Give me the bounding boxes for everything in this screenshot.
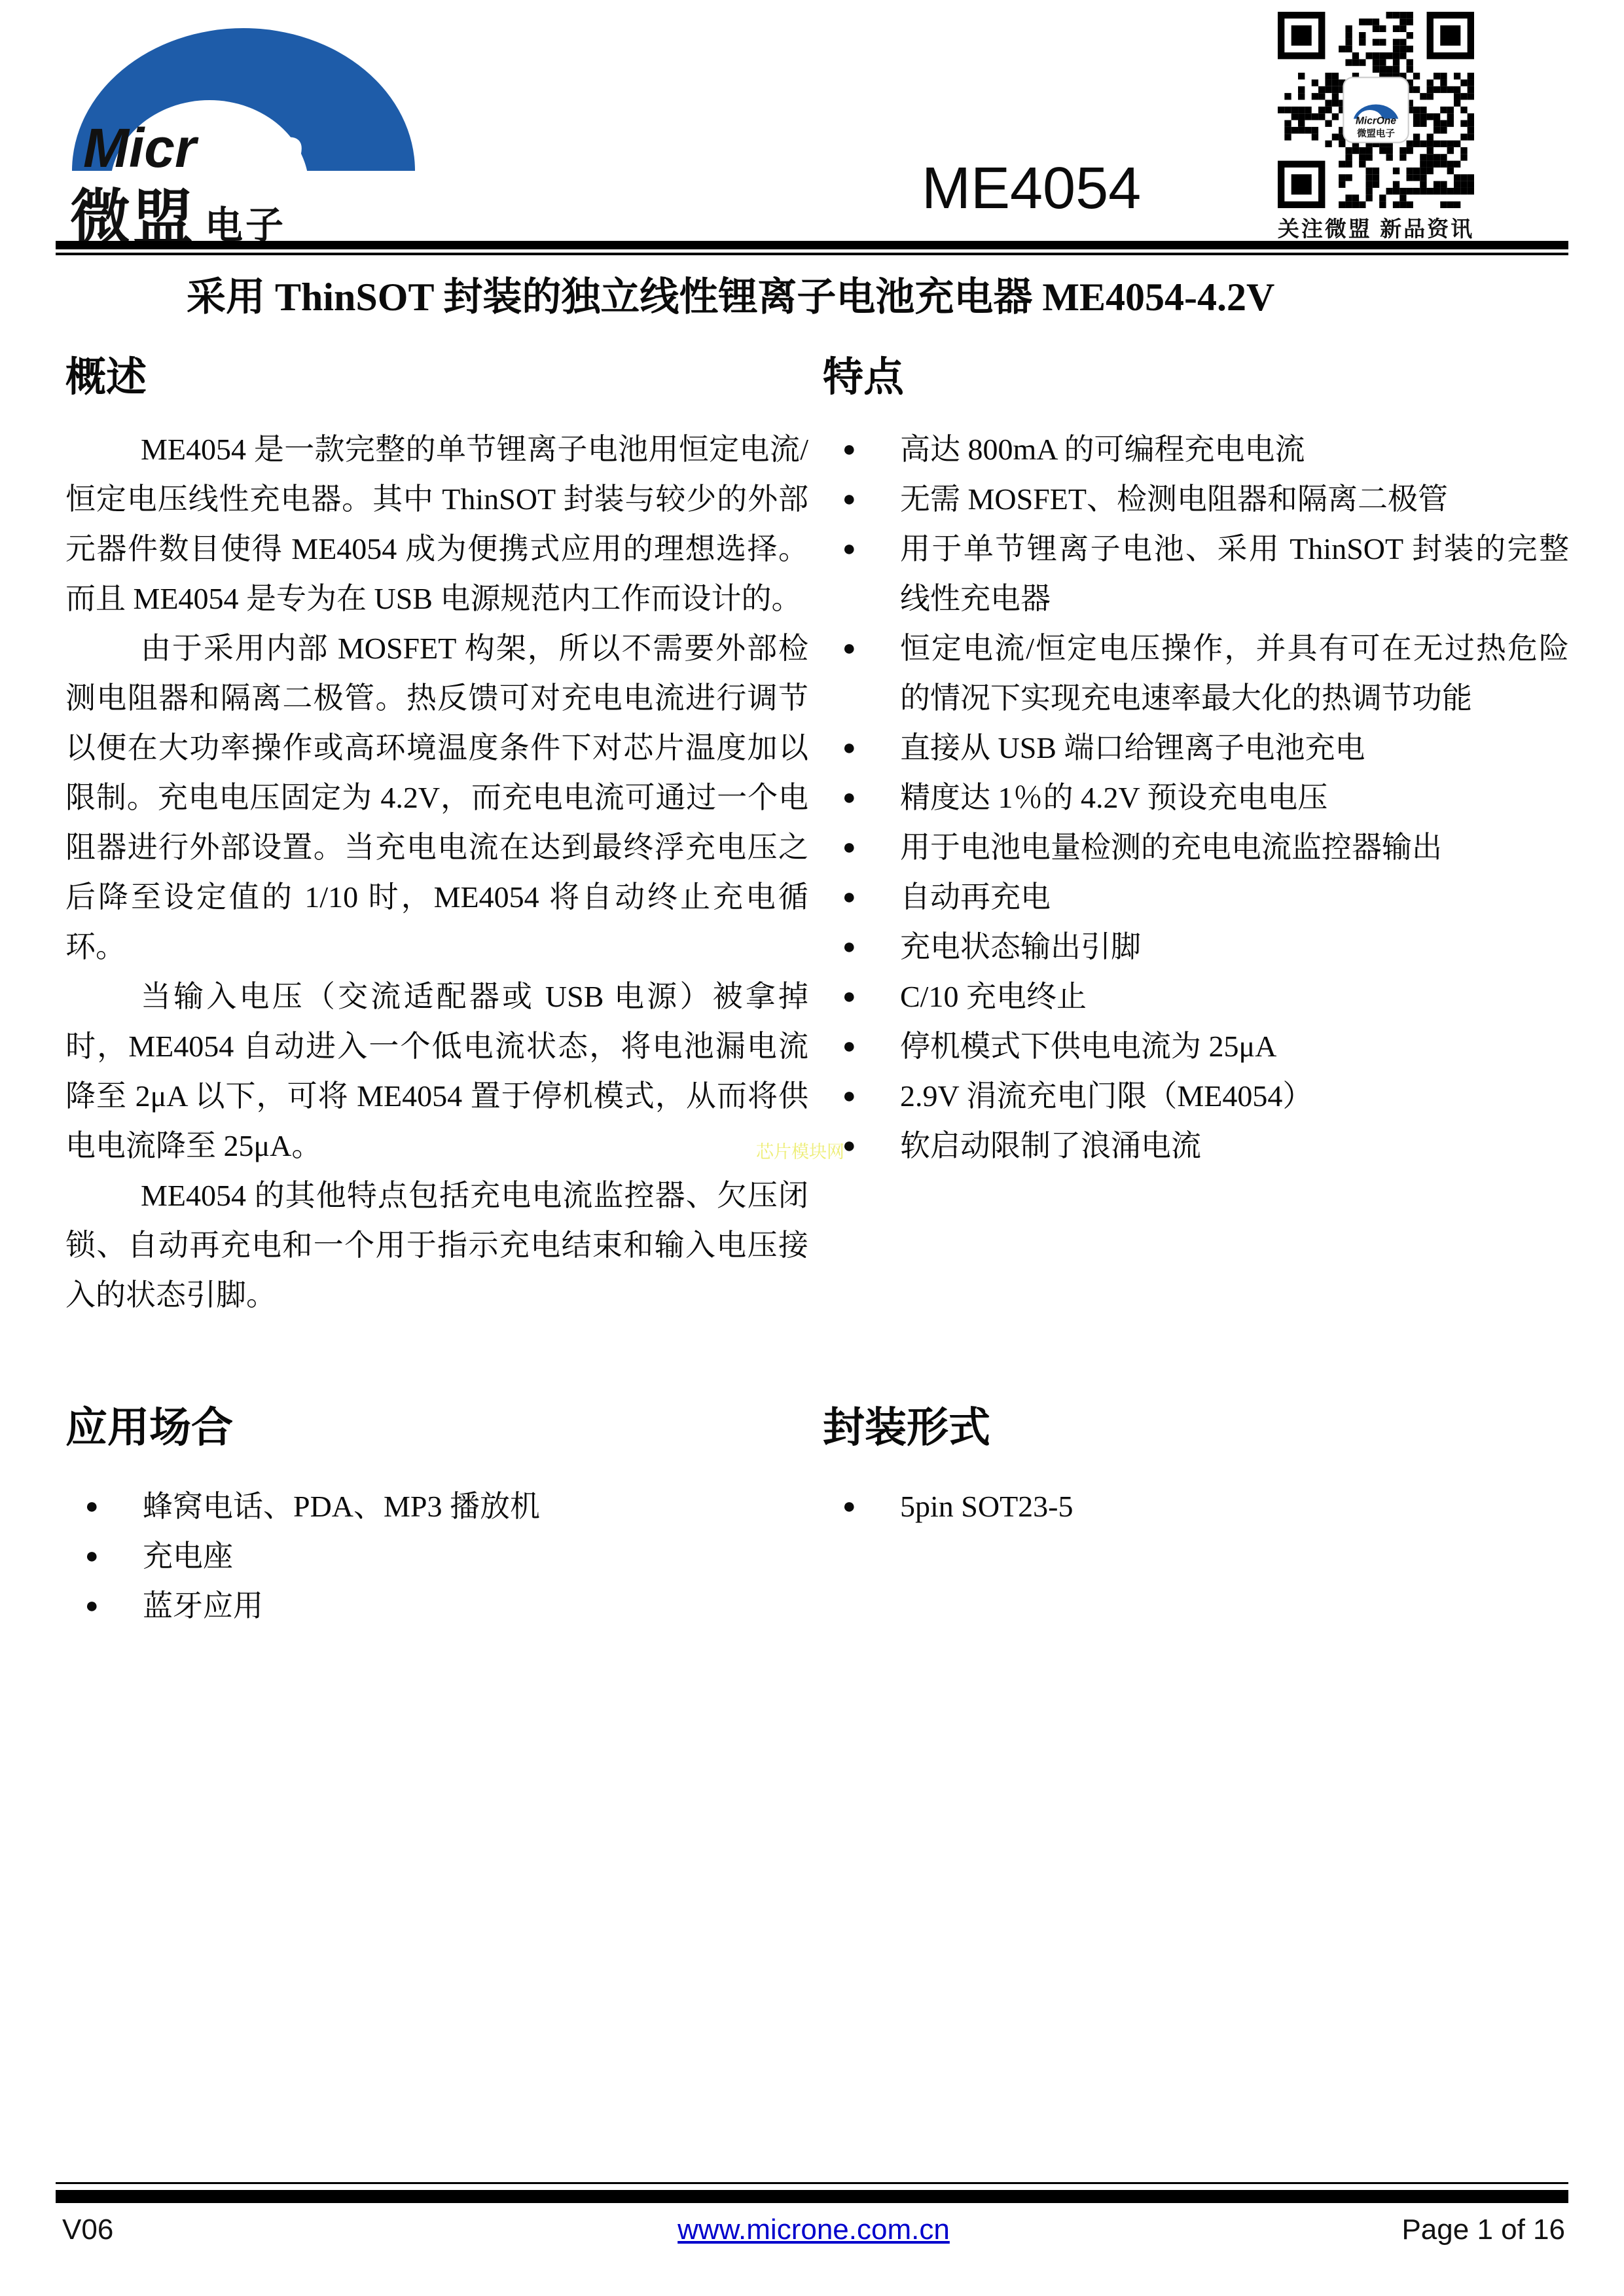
feature-item: ●充电状态输出引脚 — [823, 922, 1569, 972]
bullet-icon: ● — [823, 1071, 900, 1121]
feature-item: ●用于电池电量检测的充电电流监控器输出 — [823, 823, 1569, 872]
header-rule-thick — [56, 241, 1568, 249]
overview-heading: 概述 — [65, 357, 808, 399]
bullet-icon: ● — [823, 823, 900, 872]
qr-code: MicrOne微盟电子 — [1278, 12, 1474, 208]
application-item: ●蜂窝电话、PDA、MP3 播放机 — [65, 1482, 808, 1532]
bullet-icon: ● — [823, 475, 900, 524]
features-list: ●高达 800mA 的可编程充电电流 ●无需 MOSFET、检测电阻器和隔离二极… — [823, 425, 1569, 1171]
bullet-icon: ● — [65, 1532, 143, 1581]
feature-item: ●软启动限制了浪涌电流 — [823, 1121, 1569, 1171]
features-section: 特点 ●高达 800mA 的可编程充电电流 ●无需 MOSFET、检测电阻器和隔… — [823, 357, 1569, 1320]
logo-text-micr: Micr — [83, 117, 199, 173]
bullet-icon: ● — [823, 922, 900, 972]
feature-item: ●高达 800mA 的可编程充电电流 — [823, 425, 1569, 475]
bullet-icon: ● — [823, 524, 900, 624]
bullet-icon: ● — [823, 872, 900, 922]
bullet-icon: ● — [823, 624, 900, 723]
bullet-icon: ● — [823, 773, 900, 823]
logo-text-one: One — [196, 117, 303, 173]
bullet-icon: ● — [823, 425, 900, 475]
bullet-icon: ● — [65, 1482, 143, 1532]
application-item: ●蓝牙应用 — [65, 1581, 808, 1631]
bullet-icon: ● — [823, 723, 900, 773]
application-item: ●充电座 — [65, 1532, 808, 1581]
datasheet-page: MicrOne 微盟 电子 ME4054 MicrOne微盟电子 关注微盟 新品… — [0, 0, 1624, 2296]
feature-item: ●用于单节锂离子电池、采用 ThinSOT 封装的完整线性充电器 — [823, 524, 1569, 624]
lower-columns: 应用场合 ●蜂窝电话、PDA、MP3 播放机 ●充电座 ●蓝牙应用 封装形式 ●… — [65, 1407, 1574, 1631]
upper-columns: 概述 ME4054 是一款完整的单节锂离子电池用恒定电流/恒定电压线性充电器。其… — [65, 357, 1574, 1320]
overview-paragraph: ME4054 是一款完整的单节锂离子电池用恒定电流/恒定电压线性充电器。其中 T… — [65, 425, 808, 624]
features-heading: 特点 — [823, 357, 1569, 399]
feature-item: ●无需 MOSFET、检测电阻器和隔离二极管 — [823, 475, 1569, 524]
part-number-title: ME4054 — [922, 159, 1141, 218]
company-logo: MicrOne 微盟 电子 — [62, 16, 429, 236]
feature-item: ●C/10 充电终止 — [823, 972, 1569, 1022]
bullet-icon: ● — [823, 1482, 900, 1532]
svg-text:MicrOne: MicrOne — [83, 117, 303, 173]
package-heading: 封装形式 — [823, 1407, 1569, 1449]
overview-section: 概述 ME4054 是一款完整的单节锂离子电池用恒定电流/恒定电压线性充电器。其… — [65, 357, 808, 1320]
overview-body: ME4054 是一款完整的单节锂离子电池用恒定电流/恒定电压线性充电器。其中 T… — [65, 425, 808, 1320]
svg-text:MicrOne: MicrOne — [1356, 116, 1396, 127]
footer-page-number: Page 1 of 16 — [1290, 2214, 1565, 2246]
feature-item: ●直接从 USB 端口给锂离子电池充电 — [823, 723, 1569, 773]
footer-website-link[interactable]: www.microne.com.cn — [677, 2214, 950, 2246]
logo-arch-graphic: MicrOne — [62, 16, 429, 173]
overview-paragraph: 当输入电压（交流适配器或 USB 电源）被拿掉时，ME4054 自动进入一个低电… — [65, 972, 808, 1171]
applications-list: ●蜂窝电话、PDA、MP3 播放机 ●充电座 ●蓝牙应用 — [65, 1482, 808, 1631]
applications-heading: 应用场合 — [65, 1407, 808, 1449]
feature-item: ●精度达 1％的 4.2V 预设充电电压 — [823, 773, 1569, 823]
applications-section: 应用场合 ●蜂窝电话、PDA、MP3 播放机 ●充电座 ●蓝牙应用 — [65, 1407, 808, 1631]
feature-item: ●自动再充电 — [823, 872, 1569, 922]
feature-item: ●停机模式下供电电流为 25μA — [823, 1022, 1569, 1071]
document-title: 采用 ThinSOT 封装的独立线性锂离子电池充电器 ME4054-4.2V — [65, 274, 1571, 321]
package-section: 封装形式 ●5pin SOT23-5 — [823, 1407, 1569, 1631]
overview-paragraph: 由于采用内部 MOSFET 构架，所以不需要外部检测电阻器和隔离二极管。热反馈可… — [65, 624, 808, 972]
bullet-icon: ● — [823, 1022, 900, 1071]
bullet-icon: ● — [823, 972, 900, 1022]
footer: V06 www.microne.com.cn Page 1 of 16 — [62, 2214, 1565, 2246]
feature-item: ●恒定电流/恒定电压操作，并具有可在无过热危险的情况下实现充电速率最大化的热调节… — [823, 624, 1569, 723]
footer-rule-thin — [56, 2182, 1568, 2184]
package-item: ●5pin SOT23-5 — [823, 1482, 1569, 1532]
overview-paragraph: ME4054 的其他特点包括充电电流监控器、欠压闭锁、自动再充电和一个用于指示充… — [65, 1171, 808, 1320]
footer-rule-thick — [56, 2190, 1568, 2203]
qr-caption: 关注微盟 新品资讯 — [1258, 212, 1494, 243]
package-list: ●5pin SOT23-5 — [823, 1482, 1569, 1532]
bullet-icon: ● — [65, 1581, 143, 1631]
svg-text:微盟电子: 微盟电子 — [1357, 127, 1395, 139]
watermark-text: 芯片模块网 — [756, 1138, 844, 1163]
header-rule-thin — [56, 253, 1568, 255]
qr-block: MicrOne微盟电子 关注微盟 新品资讯 — [1258, 12, 1494, 243]
feature-item: ●2.9V 涓流充电门限（ME4054） — [823, 1071, 1569, 1121]
footer-version: V06 — [62, 2214, 337, 2246]
